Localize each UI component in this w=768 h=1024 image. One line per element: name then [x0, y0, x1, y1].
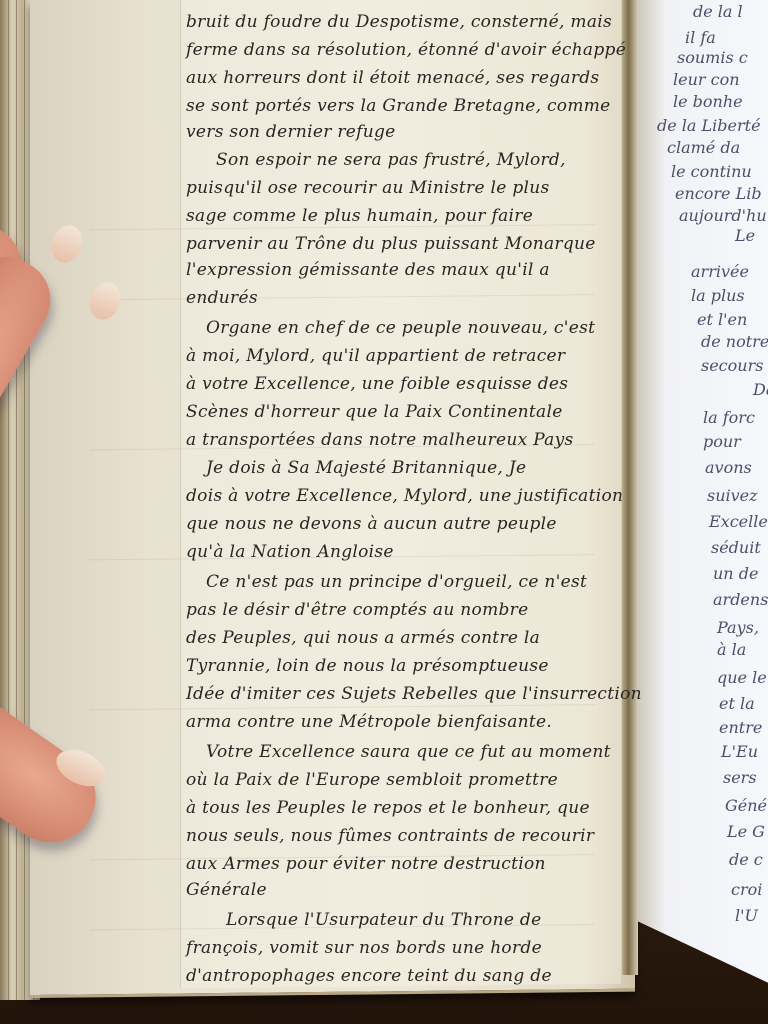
manuscript-fragment: de la l: [693, 2, 743, 21]
manuscript-line: Générale: [186, 880, 267, 900]
manuscript-fragment: sers: [723, 768, 757, 787]
manuscript-fragment: la plus: [691, 286, 745, 305]
manuscript-line: pas le désir d'être comptés au nombre: [186, 600, 528, 620]
manuscript-line: Organe en chef de ce peuple nouveau, c'e…: [206, 318, 595, 338]
manuscript-fragment: Excelle: [709, 512, 768, 531]
manuscript-fragment: suivez: [707, 486, 758, 505]
manuscript-fragment: leur con: [673, 70, 740, 89]
manuscript-fragment: aujourd'hu: [679, 206, 767, 225]
manuscript-fragment: le bonhe: [673, 92, 743, 111]
manuscript-fragment: soumis c: [677, 48, 748, 67]
manuscript-fragment: à la: [717, 640, 746, 659]
manuscript-line: bruit du foudre du Despotisme, consterné…: [186, 12, 612, 32]
manuscript-line: puisqu'il ose recourir au Ministre le pl…: [186, 178, 550, 198]
manuscript-fragment: L'Eu: [721, 742, 758, 761]
manuscript-fragment: Géné: [725, 796, 767, 815]
manuscript-line: a transportées dans notre malheureux Pay…: [186, 430, 574, 450]
manuscript-line: Tyrannie, loin de nous la présomptueuse: [186, 656, 549, 676]
manuscript-line: se sont portés vers la Grande Bretagne, …: [186, 96, 611, 116]
manuscript-line: des Peuples, qui nous a armés contre la: [186, 628, 540, 648]
manuscript-line: arma contre une Métropole bienfaisante.: [186, 712, 552, 732]
manuscript-line: Votre Excellence saura que ce fut au mom…: [206, 742, 611, 762]
manuscript-line: Idée d'imiter ces Sujets Rebelles que l'…: [186, 684, 642, 704]
manuscript-fragment: Le G: [727, 822, 765, 841]
manuscript-line: aux Armes pour éviter notre destruction: [186, 854, 546, 874]
book-gutter: [622, 0, 638, 975]
manuscript-fragment: pour: [703, 432, 741, 451]
manuscript-line: Ce n'est pas un principe d'orgueil, ce n…: [206, 572, 587, 592]
manuscript-fragment: et l'en: [697, 310, 747, 329]
manuscript-line: où la Paix de l'Europe sembloit promettr…: [186, 770, 558, 790]
manuscript-line: dois à votre Excellence, Mylord, une jus…: [186, 486, 623, 506]
manuscript-line: sage comme le plus humain, pour faire: [186, 206, 533, 226]
manuscript-line: parvenir au Trône du plus puissant Monar…: [186, 234, 596, 254]
manuscript-line: endurés: [186, 288, 258, 308]
manuscript-fragment: arrivée: [691, 262, 749, 281]
manuscript-fragment: Da: [753, 380, 768, 399]
manuscript-line: à votre Excellence, une foible esquisse …: [186, 374, 568, 394]
manuscript-line: à moi, Mylord, qu'il appartient de retra…: [186, 346, 565, 366]
manuscript-fragment: et la: [719, 694, 755, 713]
manuscript-line: qu'à la Nation Angloise: [186, 542, 394, 562]
manuscript-fragment: il fa: [685, 28, 716, 47]
manuscript-line: Je dois à Sa Majesté Britannique, Je: [206, 458, 526, 478]
manuscript-fragment: séduit: [711, 538, 761, 557]
manuscript-line: à tous les Peuples le repos et le bonheu…: [186, 798, 590, 818]
manuscript-fragment: Le: [735, 226, 755, 245]
manuscript-fragment: un de: [713, 564, 758, 583]
manuscript-line: nous seuls, nous fûmes contraints de rec…: [186, 826, 594, 846]
manuscript-line: ferme dans sa résolution, étonné d'avoir…: [186, 40, 626, 60]
manuscript-line: vers son dernier refuge: [186, 122, 396, 142]
manuscript-fragment: Pays,: [717, 618, 759, 637]
manuscript-fragment: le continu: [671, 162, 752, 181]
manuscript-fragment: de notre: [701, 332, 768, 351]
manuscript-line: que nous ne devons à aucun autre peuple: [186, 514, 557, 534]
manuscript-fragment: que le: [717, 668, 767, 687]
manuscript-line: Lorsque l'Usurpateur du Throne de: [226, 910, 541, 930]
manuscript-fragment: entre: [719, 718, 762, 737]
manuscript-fragment: de la Liberté: [657, 116, 761, 135]
manuscript-line: d'antropophages encore teint du sang de: [186, 966, 552, 986]
manuscript-line: françois, vomit sur nos bords une horde: [186, 938, 542, 958]
manuscript-line: l'expression gémissante des maux qu'il a: [186, 260, 550, 280]
manuscript-fragment: clamé da: [667, 138, 740, 157]
manuscript-line: aux horreurs dont il étoit menacé, ses r…: [186, 68, 599, 88]
manuscript-fragment: l'U: [735, 906, 758, 925]
manuscript-fragment: ardens: [713, 590, 768, 609]
manuscript-fragment: la forc: [703, 408, 755, 427]
manuscript-fragment: encore Lib: [675, 184, 762, 203]
manuscript-fragment: secours: [701, 356, 763, 375]
manuscript-line: Son espoir ne sera pas frustré, Mylord,: [216, 150, 566, 170]
manuscript-line: Scènes d'horreur que la Paix Continental…: [186, 402, 563, 422]
manuscript-fragment: avons: [705, 458, 752, 477]
manuscript-fragment: croi: [731, 880, 762, 899]
manuscript-fragment: de c: [729, 850, 763, 869]
